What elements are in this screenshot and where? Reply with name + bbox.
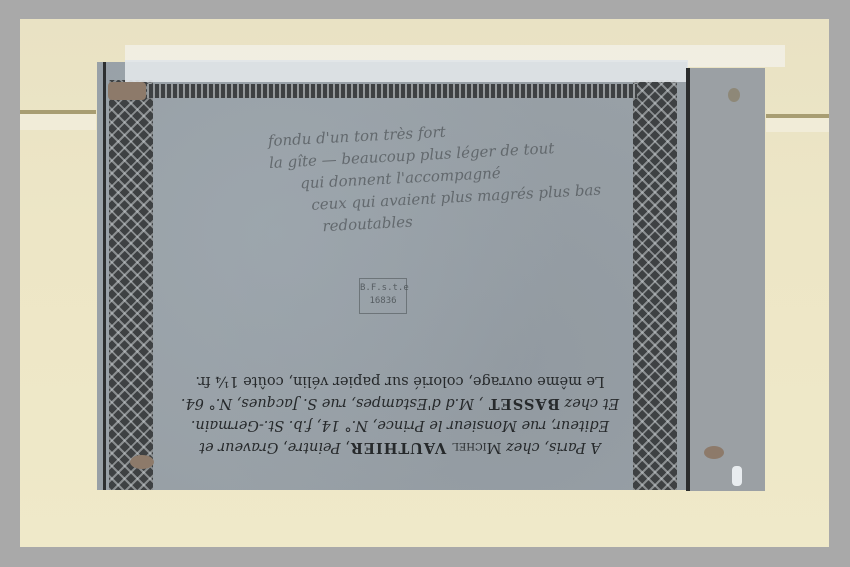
imprint-text: BASSET <box>488 395 560 412</box>
stain-bottom-right <box>704 446 724 459</box>
pencil-annotations: fondu d'un ton très fort la gîte — beauc… <box>267 110 652 240</box>
stain-flap-top <box>728 88 740 102</box>
hinge-tape-front <box>125 60 688 82</box>
stain-top-left <box>108 82 146 100</box>
imprint-line-3: Et chez BASSET , M.d d'Estampes, rue S. … <box>165 392 635 414</box>
imprint-line-2: Editeur, rue Monsieur le Prince, N.° 14,… <box>165 414 635 436</box>
left-ornamental-border <box>109 80 153 490</box>
imprint-text: Graveur et <box>199 439 278 455</box>
paper-hole <box>732 466 742 486</box>
imprint-text: , M.d d'Estampes, rue S. Jacques, N.° 64… <box>181 395 488 411</box>
imprint-text: Et chez <box>560 395 619 411</box>
imprint-line-4: Le même ouvrage, colorié sur papier véli… <box>165 370 635 392</box>
mount-strip-left-light <box>20 114 96 130</box>
imprint-text: , <box>278 439 287 455</box>
right-paper-flap <box>690 68 765 491</box>
imprint-text: VAUTHIER <box>350 439 452 456</box>
mount-strip-right-light <box>766 118 829 132</box>
stain-bottom-left <box>130 455 154 469</box>
collection-stamp: B.F.s.t.e 16836 <box>359 278 407 314</box>
top-ornamental-border <box>147 84 637 98</box>
imprint-text: , chez <box>501 439 549 455</box>
stamp-line-2: 16836 <box>360 295 406 308</box>
imprint-text: Michel <box>452 439 501 455</box>
imprint-line-1: A Paris, chez Michel VAUTHIER, Peintre, … <box>165 436 635 458</box>
printed-imprint-text: A Paris, chez Michel VAUTHIER, Peintre, … <box>165 370 635 458</box>
imprint-text: A Paris <box>549 439 601 455</box>
imprint-text: Peintre <box>288 439 341 455</box>
left-border-line <box>103 62 106 490</box>
stamp-line-1: B.F.s.t.e <box>360 282 406 295</box>
imprint-text: , <box>341 439 350 455</box>
